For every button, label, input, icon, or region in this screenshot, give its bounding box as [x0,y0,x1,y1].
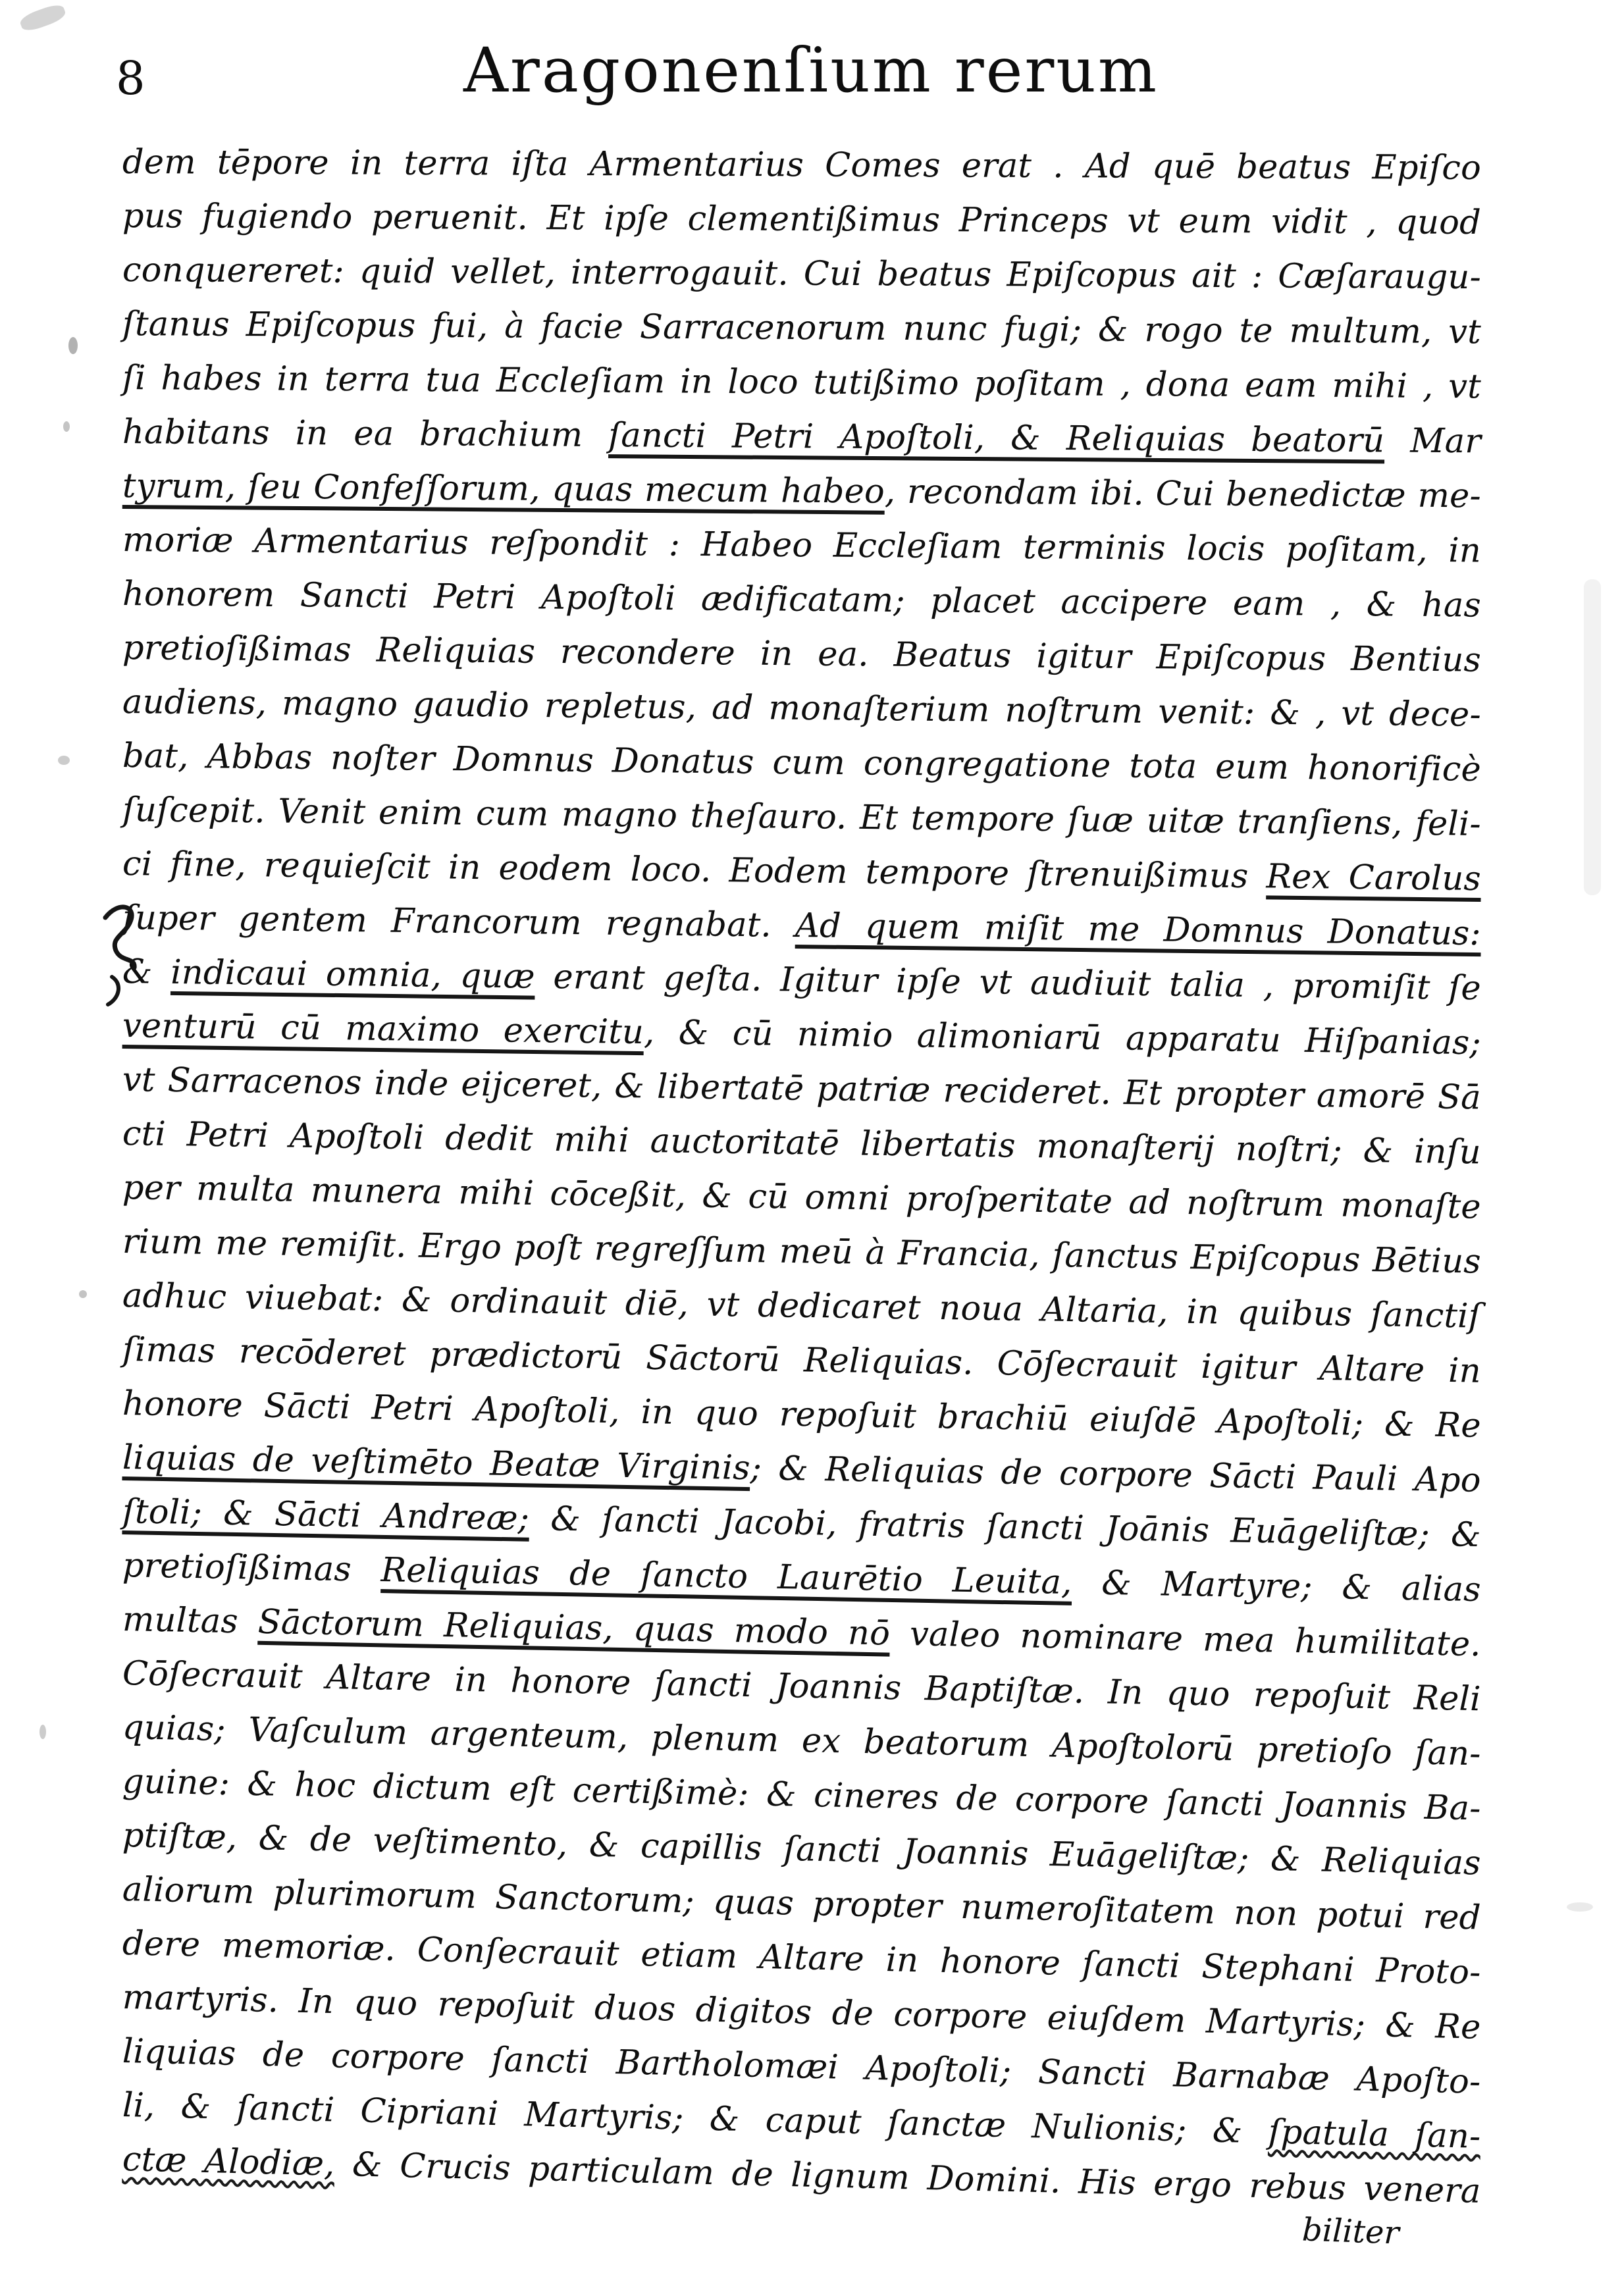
text-segment: multas [122,1600,258,1642]
text-segment: ſtanus Epiſcopus fui, à facie Sarracenor… [122,305,1481,352]
underlined-text: venturū cū maximo exercitu [122,1006,644,1052]
text-segment: ſi habes in terra tua Eccleſiam in loco … [122,359,1481,406]
text-segment: moriæ Armentarius reſpondit : Habeo Eccl… [122,521,1481,571]
scan-noise [68,337,78,354]
marginalia-squiggle-icon [96,899,147,1011]
running-title: Aragonenſium rerum [0,38,1622,104]
text-segment: vt Sarracenos inde eijceret, & libertatē… [122,1060,1482,1117]
text-line: ſtanus Epiſcopus fui, à facie Sarracenor… [122,298,1481,359]
text-segment: ci fine, requieſcit in eodem loco. Eodem… [122,845,1267,896]
underlined-text: tyrum, ſeu Confeſſorum, quas mecum habeo [122,467,885,511]
text-segment: cti Petri Apoſtoli dedit mihi auctoritat… [122,1114,1482,1172]
scan-noise [79,1290,87,1298]
underlined-text: Sāctorum Reliquias, quas modo nō [257,1603,890,1654]
scan-noise [39,1725,46,1739]
text-segment: ; & Reliquias de corpore Sācti Pauli Apo [750,1449,1481,1500]
text-segment: & Martyre; & alias [1072,1563,1481,1609]
catchword: biliter [1301,2211,1400,2251]
scan-noise [1584,579,1601,895]
text-segment: bat, Abbas noſter Domnus Donatus cum con… [122,737,1481,789]
text-segment: pus fugiendo peruenit. Et ipſe clementiß… [122,197,1481,242]
text-line: habitans in ea brachium ſancti Petri Apo… [122,405,1482,469]
scan-noise [63,421,70,432]
underlined-text: ſpatula ſan- [1268,2112,1481,2156]
book-page-scan: 8 Aragonenſium rerum dem tēpore in terra… [0,0,1622,2296]
underlined-text: Reliquias de ſancto Laurētio Leuita, [380,1551,1072,1602]
text-segment: conquereret: quid vellet, interrogauit. … [122,251,1481,297]
text-line: ſi habes in terra tua Eccleſiam in loco … [122,352,1481,414]
underlined-text: ſancti Petri Apoſtoli, & Reliquias beato… [608,416,1384,460]
underlined-text: liquias de veſtimēto Beatæ Virginis [122,1438,751,1488]
text-segment: ſuſcepit. Venit enim cum magno theſauro.… [122,791,1482,844]
text-line: dem tēpore in terra iſta Armentarius Com… [122,136,1481,196]
text-segment: , recondam ibi. Cui benedictæ me- [885,473,1481,516]
scan-noise [18,2,68,34]
scan-noise [58,756,70,765]
text-segment: Mar [1384,421,1481,461]
underlined-text: ſtoli; & Sācti Andreæ; [122,1492,529,1538]
text-segment: pretioſißimas Reliquias recondere in ea.… [122,629,1481,680]
marginalia-mark [96,899,147,1014]
text-line: conquereret: quid vellet, interrogauit. … [122,244,1481,305]
underlined-text: Ad quem miſit me Domnus Donatus: [795,906,1482,953]
text-segment: audiens, magno gaudio repletus, ad monaſ… [122,683,1481,735]
text-segment: & ſancti Jacobi, fratris ſancti Joānis E… [529,1500,1482,1555]
text-segment: habitans in ea brachium [122,413,609,455]
text-body: dem tēpore in terra iſta Armentarius Com… [122,136,1481,2187]
text-segment: pretioſißimas [122,1546,381,1590]
text-segment: honorem Sancti Petri Apoſtoli ædificatam… [122,575,1481,625]
text-segment: valeo nominare mea humilitate. [889,1615,1481,1665]
underlined-text: Rex Carolus [1266,857,1481,899]
underlined-text: indicaui omnia, quæ [170,953,535,997]
text-line: pus fugiendo peruenit. Et ipſe clementiß… [122,190,1481,250]
text-segment: erant geſta. Igitur ipſe vt audiuit tali… [535,958,1481,1008]
text-segment: , & cū nimio alimoniarū apparatu Hiſpani… [644,1013,1482,1062]
text-segment: dem tēpore in terra iſta Armentarius Com… [122,143,1481,188]
text-segment: ſuper gentem Francorum regnabat. [122,899,796,945]
underlined-text: ctæ Alodiæ, [122,2140,335,2184]
text-line: tyrum, ſeu Confeſſorum, quas mecum habeo… [122,459,1482,523]
scan-noise [1567,1902,1593,1912]
